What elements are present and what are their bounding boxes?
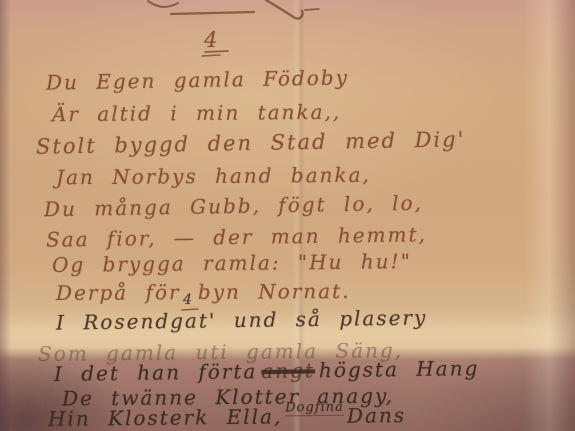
manuscript-photo: 4 4 Du Egen gamla Födoby Är altid i min …	[0, 0, 575, 431]
line-13-text-post: Dans	[347, 403, 406, 428]
line-13-text-pre: Hin Klosterk Ella,	[48, 404, 283, 430]
manuscript-line-7: Og brygga ramla: "Hu hu!"	[52, 249, 412, 277]
page-number: 4	[204, 28, 217, 52]
crossed-out-word: angt	[261, 358, 315, 383]
manuscript-line-8: Derpå för byn Nornat.	[56, 279, 351, 305]
manuscript-line-13: Hin Klosterk Ella,DogfinaDans	[48, 403, 406, 431]
line-11-text-post: högsta Hang	[319, 356, 480, 382]
manuscript-line-2: Är altid i min tanka,,	[52, 100, 341, 127]
inserted-word-above-line: Dogfina	[285, 400, 344, 417]
line-11-text-pre: I det han förta	[54, 359, 258, 386]
manuscript-line-4: Jan Norbys hand banka,	[56, 163, 371, 190]
